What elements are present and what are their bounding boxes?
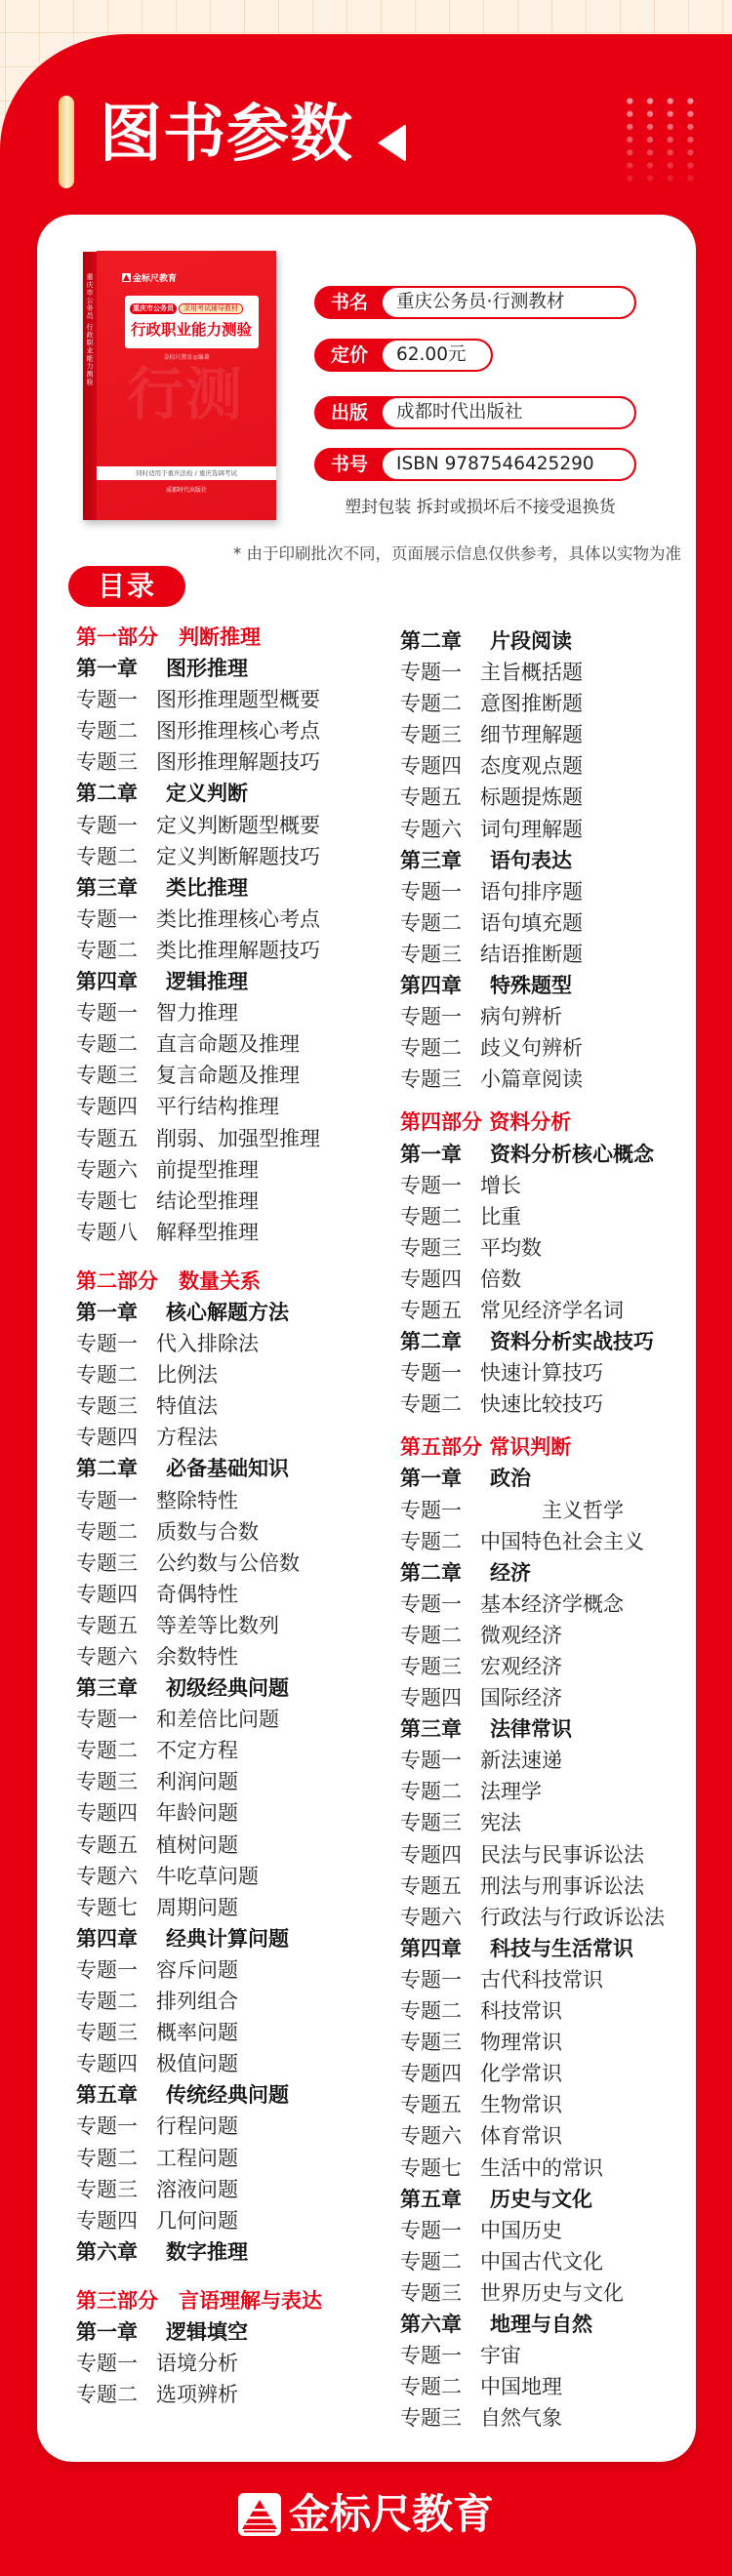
toc-topic-row: 专题三溶液问题	[76, 2174, 322, 2205]
topic-number: 专题五	[400, 2089, 480, 2120]
topic-number: 专题二	[400, 1776, 480, 1807]
chapter-number: 第三章	[76, 872, 166, 904]
toc-part-row: 第三部分 言语理解与表达	[76, 2285, 322, 2316]
topic-number: 专题四	[76, 1422, 156, 1453]
toc-topic-row: 专题一代入排除法	[76, 1328, 322, 1359]
info-label: 书号	[316, 450, 383, 479]
topic-title: 生活中的常识	[480, 2156, 603, 2180]
chapter-number: 第一章	[76, 653, 166, 684]
toc-topic-row: 专题一行程问题	[76, 2111, 322, 2142]
topic-number: 专题二	[76, 1986, 156, 2017]
topic-number: 专题六	[400, 2120, 480, 2152]
topic-title: 智力推理	[156, 1001, 238, 1025]
topic-number: 专题二	[76, 2143, 156, 2174]
topic-number: 专题五	[76, 1123, 156, 1154]
info-value: 62.00元	[383, 341, 491, 370]
topic-title: 宪法	[480, 1811, 521, 1834]
topic-title: 细节理解题	[480, 723, 583, 746]
topic-number: 专题一	[400, 2340, 480, 2371]
topic-number: 专题一	[76, 1485, 156, 1516]
topic-number: 专题一	[76, 997, 156, 1028]
chapter-title: 类比推理	[166, 876, 248, 900]
topic-title: 微观经济	[480, 1624, 562, 1647]
chapter-title: 特殊题型	[490, 974, 572, 997]
toc-topic-row: 专题三平均数	[400, 1232, 665, 1264]
dot-grid-decoration	[620, 95, 701, 185]
topic-title: 化学常识	[480, 2062, 562, 2085]
toc-part-row: 第二部分 数量关系	[76, 1266, 322, 1297]
toc-topic-row: 专题二中国特色社会主义	[400, 1526, 665, 1557]
toc-chapter-row: 第三章法律常识	[400, 1713, 665, 1745]
topic-title: 增长	[480, 1174, 521, 1197]
topic-title: 中国地理	[480, 2375, 562, 2398]
book-info-card: 重庆市公务员 行政职业能力测验 金标尺教育 重庆市公务员 录用考试辅导教材 行政…	[37, 215, 696, 2462]
topic-number: 专题三	[400, 2277, 480, 2309]
topic-number: 专题一	[76, 1328, 156, 1359]
toc-topic-row: 专题一容斥问题	[76, 1954, 322, 1986]
toc-topic-row: 专题二工程问题	[76, 2143, 322, 2174]
info-value: 重庆公务员·行测教材	[383, 288, 634, 317]
topic-number: 专题一	[400, 657, 480, 688]
topic-title: 新法速递	[480, 1749, 562, 1772]
toc-topic-row: 专题六前提型推理	[76, 1154, 322, 1186]
toc-chapter-row: 第一章资料分析核心概念	[400, 1139, 665, 1170]
toc-part-row: 第五部分 常识判断	[400, 1431, 665, 1463]
topic-number: 专题三	[400, 939, 480, 970]
toc-topic-row: 专题二微观经济	[400, 1620, 665, 1651]
toc-chapter-row: 第三章初级经典问题	[76, 1672, 322, 1704]
chapter-number: 第六章	[76, 2236, 166, 2268]
topic-title: 结论型推理	[156, 1189, 259, 1213]
toc-topic-row: 专题五标题提炼题	[400, 782, 665, 813]
brand-logo-icon	[122, 273, 131, 282]
topic-title: 图形推理题型概要	[156, 688, 320, 711]
topic-number: 专题四	[400, 2058, 480, 2089]
topic-title: 物理常识	[480, 2031, 562, 2054]
toc-topic-row: 专题三复言命题及推理	[76, 1060, 322, 1091]
topic-number: 专题二	[400, 2371, 480, 2402]
toc-chapter-row: 第二章经济	[400, 1557, 665, 1589]
topic-number: 专题二	[76, 1735, 156, 1766]
footer-brand-name: 金标尺教育	[289, 2493, 494, 2536]
toc-chapter-row: 第一章图形推理	[76, 653, 322, 684]
topic-title: 类比推理解题技巧	[156, 939, 320, 962]
toc-topic-row: 专题二中国古代文化	[400, 2246, 665, 2277]
topic-title: 宇宙	[480, 2344, 521, 2367]
topic-number: 专题四	[400, 1682, 480, 1713]
book-spine: 重庆市公务员 行政职业能力测验	[83, 252, 97, 520]
cover-editor: 金标尺教育◎编著	[97, 352, 276, 361]
topic-title: 代入排除法	[156, 1332, 259, 1355]
topic-number: 专题三	[76, 2017, 156, 2048]
toc-chapter-row: 第一章逻辑填空	[76, 2316, 322, 2348]
toc-topic-row: 专题一主旨概括题	[400, 657, 665, 688]
topic-number: 专题一	[76, 2348, 156, 2379]
toc-topic-row: 专题四国际经济	[400, 1682, 665, 1713]
toc-chapter-row: 第五章历史与文化	[400, 2184, 665, 2215]
topic-title: 语句填充题	[480, 911, 583, 935]
topic-number: 专题六	[400, 814, 480, 845]
topic-number: 专题六	[400, 1902, 480, 1933]
topic-number: 专题四	[76, 2205, 156, 2236]
topic-title: 定义判断题型概要	[156, 814, 320, 837]
topic-title: 法理学	[480, 1780, 542, 1803]
topic-number: 专题一	[400, 1495, 480, 1526]
chapter-number: 第五章	[76, 2079, 166, 2111]
toc-column-right: 第二章片段阅读专题一主旨概括题专题二意图推断题专题三细节理解题专题四态度观点题专…	[400, 625, 665, 2434]
topic-title: 利润问题	[156, 1770, 238, 1793]
chapter-title: 地理与自然	[490, 2313, 592, 2336]
topic-title: 小篇章阅读	[480, 1067, 583, 1091]
topic-number: 专题二	[76, 1359, 156, 1390]
topic-number: 专题四	[400, 750, 480, 782]
topic-number: 专题一	[400, 1357, 480, 1389]
chapter-number: 第二章	[400, 1557, 490, 1589]
toc-topic-row: 专题二科技常识	[400, 1995, 665, 2027]
toc-topic-row: 专题二不定方程	[76, 1735, 322, 1766]
topic-number: 专题八	[76, 1217, 156, 1248]
info-label: 出版	[316, 398, 383, 427]
topic-number: 专题三	[400, 1064, 480, 1095]
topic-title: 标题提炼题	[480, 785, 583, 809]
chapter-number: 第四章	[76, 966, 166, 997]
topic-number: 专题一	[400, 2215, 480, 2246]
cover-applicability-band: 同时适用于重庆法检 / 重庆选调考试	[97, 466, 276, 480]
topic-title: 质数与合数	[156, 1520, 259, 1544]
toc-topic-row: 专题三特值法	[76, 1390, 322, 1422]
chapter-title: 逻辑填空	[166, 2320, 248, 2344]
toc-topic-row: 专题七生活中的常识	[400, 2153, 665, 2184]
topic-number: 专题三	[76, 2174, 156, 2205]
toc-topic-row: 专题三世界历史与文化	[400, 2277, 665, 2309]
topic-number: 专题四	[76, 1579, 156, 1610]
topic-title: 比例法	[156, 1363, 218, 1387]
chapter-number: 第二章	[76, 1453, 166, 1484]
chapter-title: 传统经典问题	[166, 2083, 289, 2107]
chapter-title: 资料分析核心概念	[490, 1143, 654, 1166]
toc-chapter-row: 第四章经典计算问题	[76, 1923, 322, 1954]
topic-title: 基本经济学概念	[480, 1592, 624, 1616]
toc-topic-row: 专题二图形推理核心考点	[76, 715, 322, 746]
chapter-title: 数字推理	[166, 2240, 248, 2264]
info-label: 定价	[316, 341, 383, 370]
cover-tag-secondary: 录用考试辅导教材	[179, 303, 243, 314]
title-accent-bar	[59, 96, 74, 188]
topic-title: 整除特性	[156, 1489, 238, 1512]
chapter-title: 历史与文化	[490, 2188, 592, 2211]
topic-title: 不定方程	[156, 1739, 238, 1762]
topic-number: 专题二	[76, 2379, 156, 2410]
topic-title: 比重	[480, 1205, 521, 1228]
topic-title: 容斥问题	[156, 1958, 238, 1982]
toc-topic-row: 专题二类比推理解题技巧	[76, 935, 322, 966]
toc-chapter-row: 第三章语句表达	[400, 845, 665, 876]
topic-number: 专题三	[400, 2402, 480, 2434]
toc-topic-row: 专题四方程法	[76, 1422, 322, 1453]
topic-number: 专题三	[400, 1232, 480, 1264]
toc-topic-row: 专题二比重	[400, 1201, 665, 1232]
toc-topic-row: 专题一语境分析	[76, 2348, 322, 2379]
toc-topic-row: 专题五等差等比数列	[76, 1610, 322, 1641]
topic-title: 植树问题	[156, 1833, 238, 1857]
topic-number: 专题四	[400, 1839, 480, 1871]
toc-topic-row: 专题八解释型推理	[76, 1217, 322, 1248]
toc-topic-row: 专题五常见经济学名词	[400, 1295, 665, 1326]
chapter-title: 初级经典问题	[166, 1676, 289, 1700]
topic-number: 专题一	[400, 876, 480, 907]
topic-number: 专题二	[400, 2246, 480, 2277]
toc-topic-row: 专题一基本经济学概念	[400, 1589, 665, 1620]
topic-number: 专题三	[76, 1548, 156, 1579]
topic-title: 类比推理核心考点	[156, 907, 320, 931]
chapter-number: 第六章	[400, 2309, 490, 2340]
toc-topic-row: 专题一和差倍比问题	[76, 1704, 322, 1735]
book-cover-image: 重庆市公务员 行政职业能力测验 金标尺教育 重庆市公务员 录用考试辅导教材 行政…	[83, 251, 276, 520]
topic-number: 专题二	[400, 907, 480, 939]
cover-brand-logo: 金标尺教育	[122, 271, 177, 284]
toc-topic-row: 专题五削弱、加强型推理	[76, 1123, 322, 1154]
info-value: 成都时代出版社	[383, 398, 634, 427]
chapter-number: 第四章	[76, 1923, 166, 1954]
toc-topic-row: 专题一智力推理	[76, 997, 322, 1028]
chapter-number: 第二章	[76, 778, 166, 809]
topic-title: 奇偶特性	[156, 1583, 238, 1606]
toc-topic-row: 专题五刑法与刑事诉讼法	[400, 1871, 665, 1902]
topic-number: 专题三	[400, 719, 480, 750]
toc-topic-row: 专题一定义判断题型概要	[76, 810, 322, 841]
topic-title: 宏观经济	[480, 1655, 562, 1678]
info-row-isbn: 书号 ISBN 9787546425290	[314, 448, 636, 481]
toc-topic-row: 专题四倍数	[400, 1264, 665, 1295]
topic-title: 世界历史与文化	[480, 2281, 624, 2305]
toc-topic-row: 专题三宏观经济	[400, 1651, 665, 1682]
topic-number: 专题六	[76, 1641, 156, 1672]
toc-topic-row: 专题六牛吃草问题	[76, 1861, 322, 1892]
toc-topic-row: 专题六余数特性	[76, 1641, 322, 1672]
toc-topic-row: 专题二质数与合数	[76, 1516, 322, 1548]
toc-part-row: 第四部分 资料分析	[400, 1107, 665, 1138]
toc-topic-row: 专题三结语推断题	[400, 939, 665, 970]
topic-title: 快速计算技巧	[480, 1361, 603, 1385]
toc-topic-row: 专题七结论型推理	[76, 1186, 322, 1217]
topic-title: 直言命题及推理	[156, 1032, 300, 1056]
toc-topic-row: 专题一快速计算技巧	[400, 1357, 665, 1389]
chapter-number: 第三章	[400, 1713, 490, 1745]
topic-number: 专题二	[400, 1201, 480, 1232]
chapter-title: 法律常识	[490, 1717, 572, 1741]
topic-title: 极值问题	[156, 2052, 238, 2075]
topic-number: 专题一	[76, 684, 156, 715]
toc-chapter-row: 第二章片段阅读	[400, 625, 665, 657]
topic-title: 工程问题	[156, 2147, 238, 2170]
toc-chapter-row: 第五章传统经典问题	[76, 2079, 322, 2111]
topic-number: 专题一	[400, 1589, 480, 1620]
topic-number: 专题五	[400, 782, 480, 813]
toc-topic-row: 专题二歧义句辨析	[400, 1032, 665, 1064]
toc-topic-row: 专题一中国历史	[400, 2215, 665, 2246]
topic-title: 图形推理解题技巧	[156, 750, 320, 774]
topic-number: 专题二	[76, 841, 156, 872]
spine-text: 重庆市公务员 行政职业能力测验	[86, 273, 94, 385]
topic-number: 专题二	[76, 935, 156, 966]
chapter-number: 第五章	[400, 2184, 490, 2215]
info-row-book-name: 书名 重庆公务员·行测教材	[314, 286, 636, 319]
topic-number: 专题七	[76, 1892, 156, 1923]
topic-number: 专题三	[76, 746, 156, 778]
toc-topic-row: 专题四民法与民事诉讼法	[400, 1839, 665, 1871]
chapter-title: 经典计算问题	[166, 1927, 289, 1951]
topic-title: 语境分析	[156, 2352, 238, 2375]
toc-topic-row: 专题一病句辨析	[400, 1001, 665, 1032]
topic-title: 自然气象	[480, 2406, 562, 2430]
topic-number: 专题六	[76, 1154, 156, 1186]
toc-topic-row: 专题三概率问题	[76, 2017, 322, 2048]
topic-number: 专题一	[76, 904, 156, 935]
topic-title: 概率问题	[156, 2021, 238, 2044]
toc-topic-row: 专题三利润问题	[76, 1766, 322, 1797]
toc-topic-row: 专题四平行结构推理	[76, 1091, 322, 1122]
topic-number: 专题一	[76, 810, 156, 841]
topic-number: 专题四	[76, 2048, 156, 2079]
info-row-price: 定价 62.00元	[314, 339, 493, 372]
toc-topic-row: 专题七周期问题	[76, 1892, 322, 1923]
toc-topic-row: 专题一宇宙	[400, 2340, 665, 2371]
toc-topic-row: 专题二选项辨析	[76, 2379, 322, 2410]
toc-topic-row: 专题三细节理解题	[400, 719, 665, 750]
toc-topic-row: 专题四年龄问题	[76, 1797, 322, 1829]
topic-number: 专题二	[76, 1516, 156, 1548]
disclaimer-text: * 由于印刷批次不同，页面展示信息仅供参考，具体以实物为准	[233, 543, 681, 566]
toc-topic-row: 专题六词句理解题	[400, 814, 665, 845]
topic-number: 专题二	[76, 1028, 156, 1060]
toc-topic-row: 专题二语句填充题	[400, 907, 665, 939]
topic-number: 专题七	[76, 1186, 156, 1217]
toc-chapter-row: 第一章政治	[400, 1463, 665, 1494]
page-title: 图书参数	[100, 103, 353, 166]
topic-title: 体育常识	[480, 2124, 562, 2148]
topic-title: 解释型推理	[156, 1221, 259, 1244]
toc-topic-row: 专题五植树问题	[76, 1830, 322, 1861]
cover-title-box: 重庆市公务员 录用考试辅导教材 行政职业能力测验	[125, 296, 259, 348]
toc-topic-row: 专题二快速比较技巧	[400, 1389, 665, 1420]
topic-title: 词句理解题	[480, 818, 583, 841]
toc-title-badge: 目录	[68, 566, 185, 607]
topic-number: 专题三	[76, 1766, 156, 1797]
topic-title: 语句排序题	[480, 880, 583, 904]
toc-topic-row: 专题二法理学	[400, 1776, 665, 1807]
toc-topic-row: 专题二直言命题及推理	[76, 1028, 322, 1060]
toc-topic-row: 专题一类比推理核心考点	[76, 904, 322, 935]
toc-topic-row: 专题四态度观点题	[400, 750, 665, 782]
chapter-number: 第一章	[76, 2316, 166, 2348]
toc-chapter-row: 第三章类比推理	[76, 872, 322, 904]
topic-number: 专题二	[400, 688, 480, 719]
topic-title: 削弱、加强型推理	[156, 1127, 320, 1150]
topic-title: 定义判断解题技巧	[156, 845, 320, 868]
toc-topic-row: 专题一整除特性	[76, 1485, 322, 1516]
toc-topic-row: 专题一语句排序题	[400, 876, 665, 907]
topic-title: 特值法	[156, 1394, 218, 1418]
chapter-title: 图形推理	[166, 657, 248, 680]
topic-number: 专题五	[76, 1830, 156, 1861]
topic-title: 科技常识	[480, 1999, 562, 2023]
topic-title: 主义哲学	[480, 1499, 624, 1522]
topic-number: 专题三	[400, 1807, 480, 1838]
toc-chapter-row: 第二章资料分析实战技巧	[400, 1326, 665, 1357]
chapter-title: 必备基础知识	[166, 1457, 289, 1480]
topic-title: 行程问题	[156, 2114, 238, 2138]
toc-topic-row: 专题四奇偶特性	[76, 1579, 322, 1610]
toc-chapter-row: 第二章必备基础知识	[76, 1453, 322, 1484]
toc-topic-row: 专题一图形推理题型概要	[76, 684, 322, 715]
topic-number: 专题二	[400, 1995, 480, 2027]
toc-topic-row: 专题三自然气象	[400, 2402, 665, 2434]
topic-number: 专题七	[400, 2153, 480, 2184]
book-front-cover: 金标尺教育 重庆市公务员 录用考试辅导教材 行政职业能力测验 金标尺教育◎编著 …	[97, 251, 276, 520]
toc-column-left: 第一部分 判断推理第一章图形推理专题一图形推理题型概要专题二图形推理核心考点专题…	[76, 622, 322, 2410]
topic-title: 牛吃草问题	[156, 1865, 259, 1888]
chapter-number: 第四章	[400, 970, 490, 1001]
toc-topic-row: 专题六行政法与行政诉讼法	[400, 1902, 665, 1933]
topic-title: 行政法与行政诉讼法	[480, 1906, 665, 1929]
toc-topic-row: 专题三小篇章阅读	[400, 1064, 665, 1095]
topic-number: 专题一	[400, 1964, 480, 1995]
chapter-number: 第二章	[400, 625, 490, 657]
toc-chapter-row: 第四章逻辑推理	[76, 966, 322, 997]
topic-title: 中国古代文化	[480, 2250, 603, 2274]
topic-number: 专题一	[400, 1745, 480, 1776]
topic-title: 古代科技常识	[480, 1968, 603, 1992]
topic-title: 病句辨析	[480, 1005, 562, 1028]
toc-topic-row: 专题五生物常识	[400, 2089, 665, 2120]
topic-title: 快速比较技巧	[480, 1392, 603, 1416]
topic-number: 专题二	[400, 1620, 480, 1651]
toc-part-row: 第一部分 判断推理	[76, 622, 322, 653]
cover-watermark: 行测	[127, 363, 244, 425]
topic-number: 专题三	[400, 2027, 480, 2058]
topic-title: 选项辨析	[156, 2383, 238, 2406]
chapter-number: 第三章	[76, 1672, 166, 1704]
topic-title: 常见经济学名词	[480, 1299, 624, 1322]
topic-title: 主旨概括题	[480, 661, 583, 684]
toc-topic-row: 专题二中国地理	[400, 2371, 665, 2402]
topic-title: 几何问题	[156, 2209, 238, 2233]
toc-topic-row: 专题三物理常识	[400, 2027, 665, 2058]
topic-number: 专题三	[76, 1060, 156, 1091]
toc-topic-row: 专题一古代科技常识	[400, 1964, 665, 1995]
chapter-title: 资料分析实战技巧	[490, 1330, 654, 1353]
toc-chapter-row: 第二章定义判断	[76, 778, 322, 809]
topic-title: 国际经济	[480, 1686, 562, 1710]
toc-chapter-row: 第四章特殊题型	[400, 970, 665, 1001]
topic-title: 和差倍比问题	[156, 1708, 279, 1731]
toc-chapter-row: 第六章地理与自然	[400, 2309, 665, 2340]
chapter-title: 片段阅读	[490, 629, 572, 653]
topic-number: 专题二	[400, 1389, 480, 1420]
topic-number: 专题一	[76, 2111, 156, 2142]
cover-brand-name: 金标尺教育	[133, 271, 177, 284]
chapter-title: 政治	[490, 1467, 531, 1490]
cover-tag-primary: 重庆市公务员	[130, 303, 177, 314]
chapter-title: 核心解题方法	[166, 1301, 289, 1324]
toc-topic-row: 专题三宪法	[400, 1807, 665, 1838]
topic-number: 专题五	[400, 1871, 480, 1902]
chapter-number: 第一章	[400, 1463, 490, 1494]
chapter-number: 第三章	[400, 845, 490, 876]
topic-number: 专题二	[400, 1032, 480, 1064]
topic-title: 图形推理核心考点	[156, 719, 320, 743]
toc-topic-row: 专题二排列组合	[76, 1986, 322, 2017]
